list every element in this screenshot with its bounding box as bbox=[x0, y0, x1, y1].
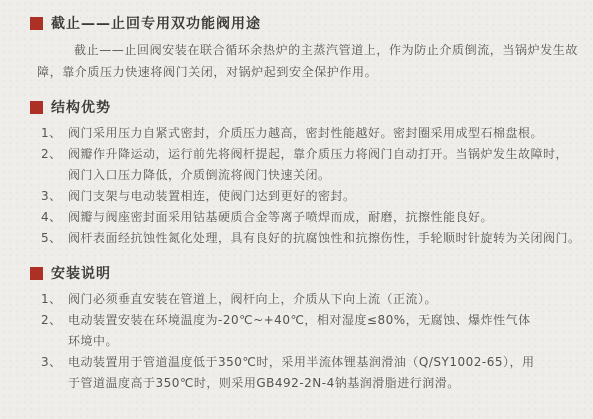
list-item: 3、 阀门支架与电动装置相连，使阀门达到更好的密封。 bbox=[41, 186, 593, 207]
document-page: 截止——止回专用双功能阀用途 截止——止回阀安装在联合循环余热炉的主蒸汽管道上，… bbox=[0, 0, 593, 419]
item-number: 3、 bbox=[41, 186, 68, 207]
installation-list: 1、 阀门必须垂直安装在管道上，阀杆向上，介质从下向上流（正流）。 2、 电动装… bbox=[41, 289, 593, 394]
red-square-bullet-icon bbox=[30, 267, 43, 280]
paragraph-line: 障，靠介质压力快速将阀门关闭，对锅炉起到安全保护作用。 bbox=[37, 61, 583, 83]
red-square-bullet-icon bbox=[30, 101, 43, 114]
item-number: 2、 bbox=[41, 310, 68, 331]
list-item: 1、 阀门采用压力自紧式密封，介质压力越高，密封性能越好。密封圈采用成型石棉盘根… bbox=[41, 123, 593, 144]
item-number: 2、 bbox=[41, 144, 68, 165]
item-number: 4、 bbox=[41, 207, 68, 228]
list-item: 2、 电动装置安装在环境温度为-20℃~+40℃，相对湿度≤80%，无腐蚀、爆炸… bbox=[41, 310, 593, 352]
advantages-list: 1、 阀门采用压力自紧式密封，介质压力越高，密封性能越好。密封圈采用成型石棉盘根… bbox=[41, 123, 593, 249]
section-structure-advantages-header: 结构优势 bbox=[30, 100, 593, 114]
list-item: 1、 阀门必须垂直安装在管道上，阀杆向上，介质从下向上流（正流）。 bbox=[41, 289, 593, 310]
list-item: 2、 阀瓣作升降运动，运行前先将阀杆提起，靠介质压力将阀门自动打开。当锅炉发生故… bbox=[41, 144, 593, 186]
section-usage-header: 截止——止回专用双功能阀用途 bbox=[30, 16, 593, 30]
item-number: 1、 bbox=[41, 289, 68, 310]
item-number: 5、 bbox=[41, 228, 68, 249]
item-number: 3、 bbox=[41, 352, 68, 373]
section-installation-notes-header: 安装说明 bbox=[30, 266, 593, 280]
item-line: 电动装置安装在环境温度为-20℃~+40℃，相对湿度≤80%，无腐蚀、爆炸性气体 bbox=[68, 310, 593, 331]
paragraph-line: 截止——止回阀安装在联合循环余热炉的主蒸汽管道上，作为防止介质倒流，当锅炉发生故 bbox=[37, 39, 583, 61]
item-line: 环境中。 bbox=[68, 331, 593, 352]
item-line: 阀门必须垂直安装在管道上，阀杆向上，介质从下向上流（正流）。 bbox=[68, 289, 593, 310]
item-line: 阀瓣与阀座密封面采用钴基硬质合金等离子喷焊而成，耐磨，抗擦性能良好。 bbox=[68, 207, 593, 228]
section-usage: 截止——止回专用双功能阀用途 截止——止回阀安装在联合循环余热炉的主蒸汽管道上，… bbox=[0, 16, 593, 83]
item-line: 阀门入口压力降低，介质倒流将阀门快速关闭。 bbox=[68, 165, 593, 186]
item-line: 阀杆表面经抗蚀性氮化处理，具有良好的抗腐蚀性和抗擦伤性，手轮顺时针旋转为关闭阀门… bbox=[68, 228, 593, 249]
item-number: 1、 bbox=[41, 123, 68, 144]
list-item: 3、 电动装置用于管道温度低于350℃时，采用半流体锂基润滑油（Q/SY1002… bbox=[41, 352, 593, 394]
section-structure-advantages-title: 结构优势 bbox=[51, 97, 111, 117]
item-line: 阀瓣作升降运动，运行前先将阀杆提起，靠介质压力将阀门自动打开。当锅炉发生故障时， bbox=[68, 144, 593, 165]
list-item: 5、 阀杆表面经抗蚀性氮化处理，具有良好的抗腐蚀性和抗擦伤性，手轮顺时针旋转为关… bbox=[41, 228, 593, 249]
item-line: 阀门支架与电动装置相连，使阀门达到更好的密封。 bbox=[68, 186, 593, 207]
section-installation-notes-title: 安装说明 bbox=[51, 263, 111, 283]
list-item: 4、 阀瓣与阀座密封面采用钴基硬质合金等离子喷焊而成，耐磨，抗擦性能良好。 bbox=[41, 207, 593, 228]
section-usage-title: 截止——止回专用双功能阀用途 bbox=[51, 13, 261, 33]
section-installation-notes: 安装说明 1、 阀门必须垂直安装在管道上，阀杆向上，介质从下向上流（正流）。 2… bbox=[0, 266, 593, 394]
usage-paragraph: 截止——止回阀安装在联合循环余热炉的主蒸汽管道上，作为防止介质倒流，当锅炉发生故… bbox=[37, 39, 583, 83]
section-structure-advantages: 结构优势 1、 阀门采用压力自紧式密封，介质压力越高，密封性能越好。密封圈采用成… bbox=[0, 100, 593, 249]
red-square-bullet-icon bbox=[30, 17, 43, 30]
item-line: 阀门采用压力自紧式密封，介质压力越高，密封性能越好。密封圈采用成型石棉盘根。 bbox=[68, 123, 593, 144]
item-line: 于管道温度高于350℃时，则采用GB492-2N-4钠基润滑脂进行润滑。 bbox=[68, 373, 593, 394]
item-line: 电动装置用于管道温度低于350℃时，采用半流体锂基润滑油（Q/SY1002-65… bbox=[68, 352, 593, 373]
